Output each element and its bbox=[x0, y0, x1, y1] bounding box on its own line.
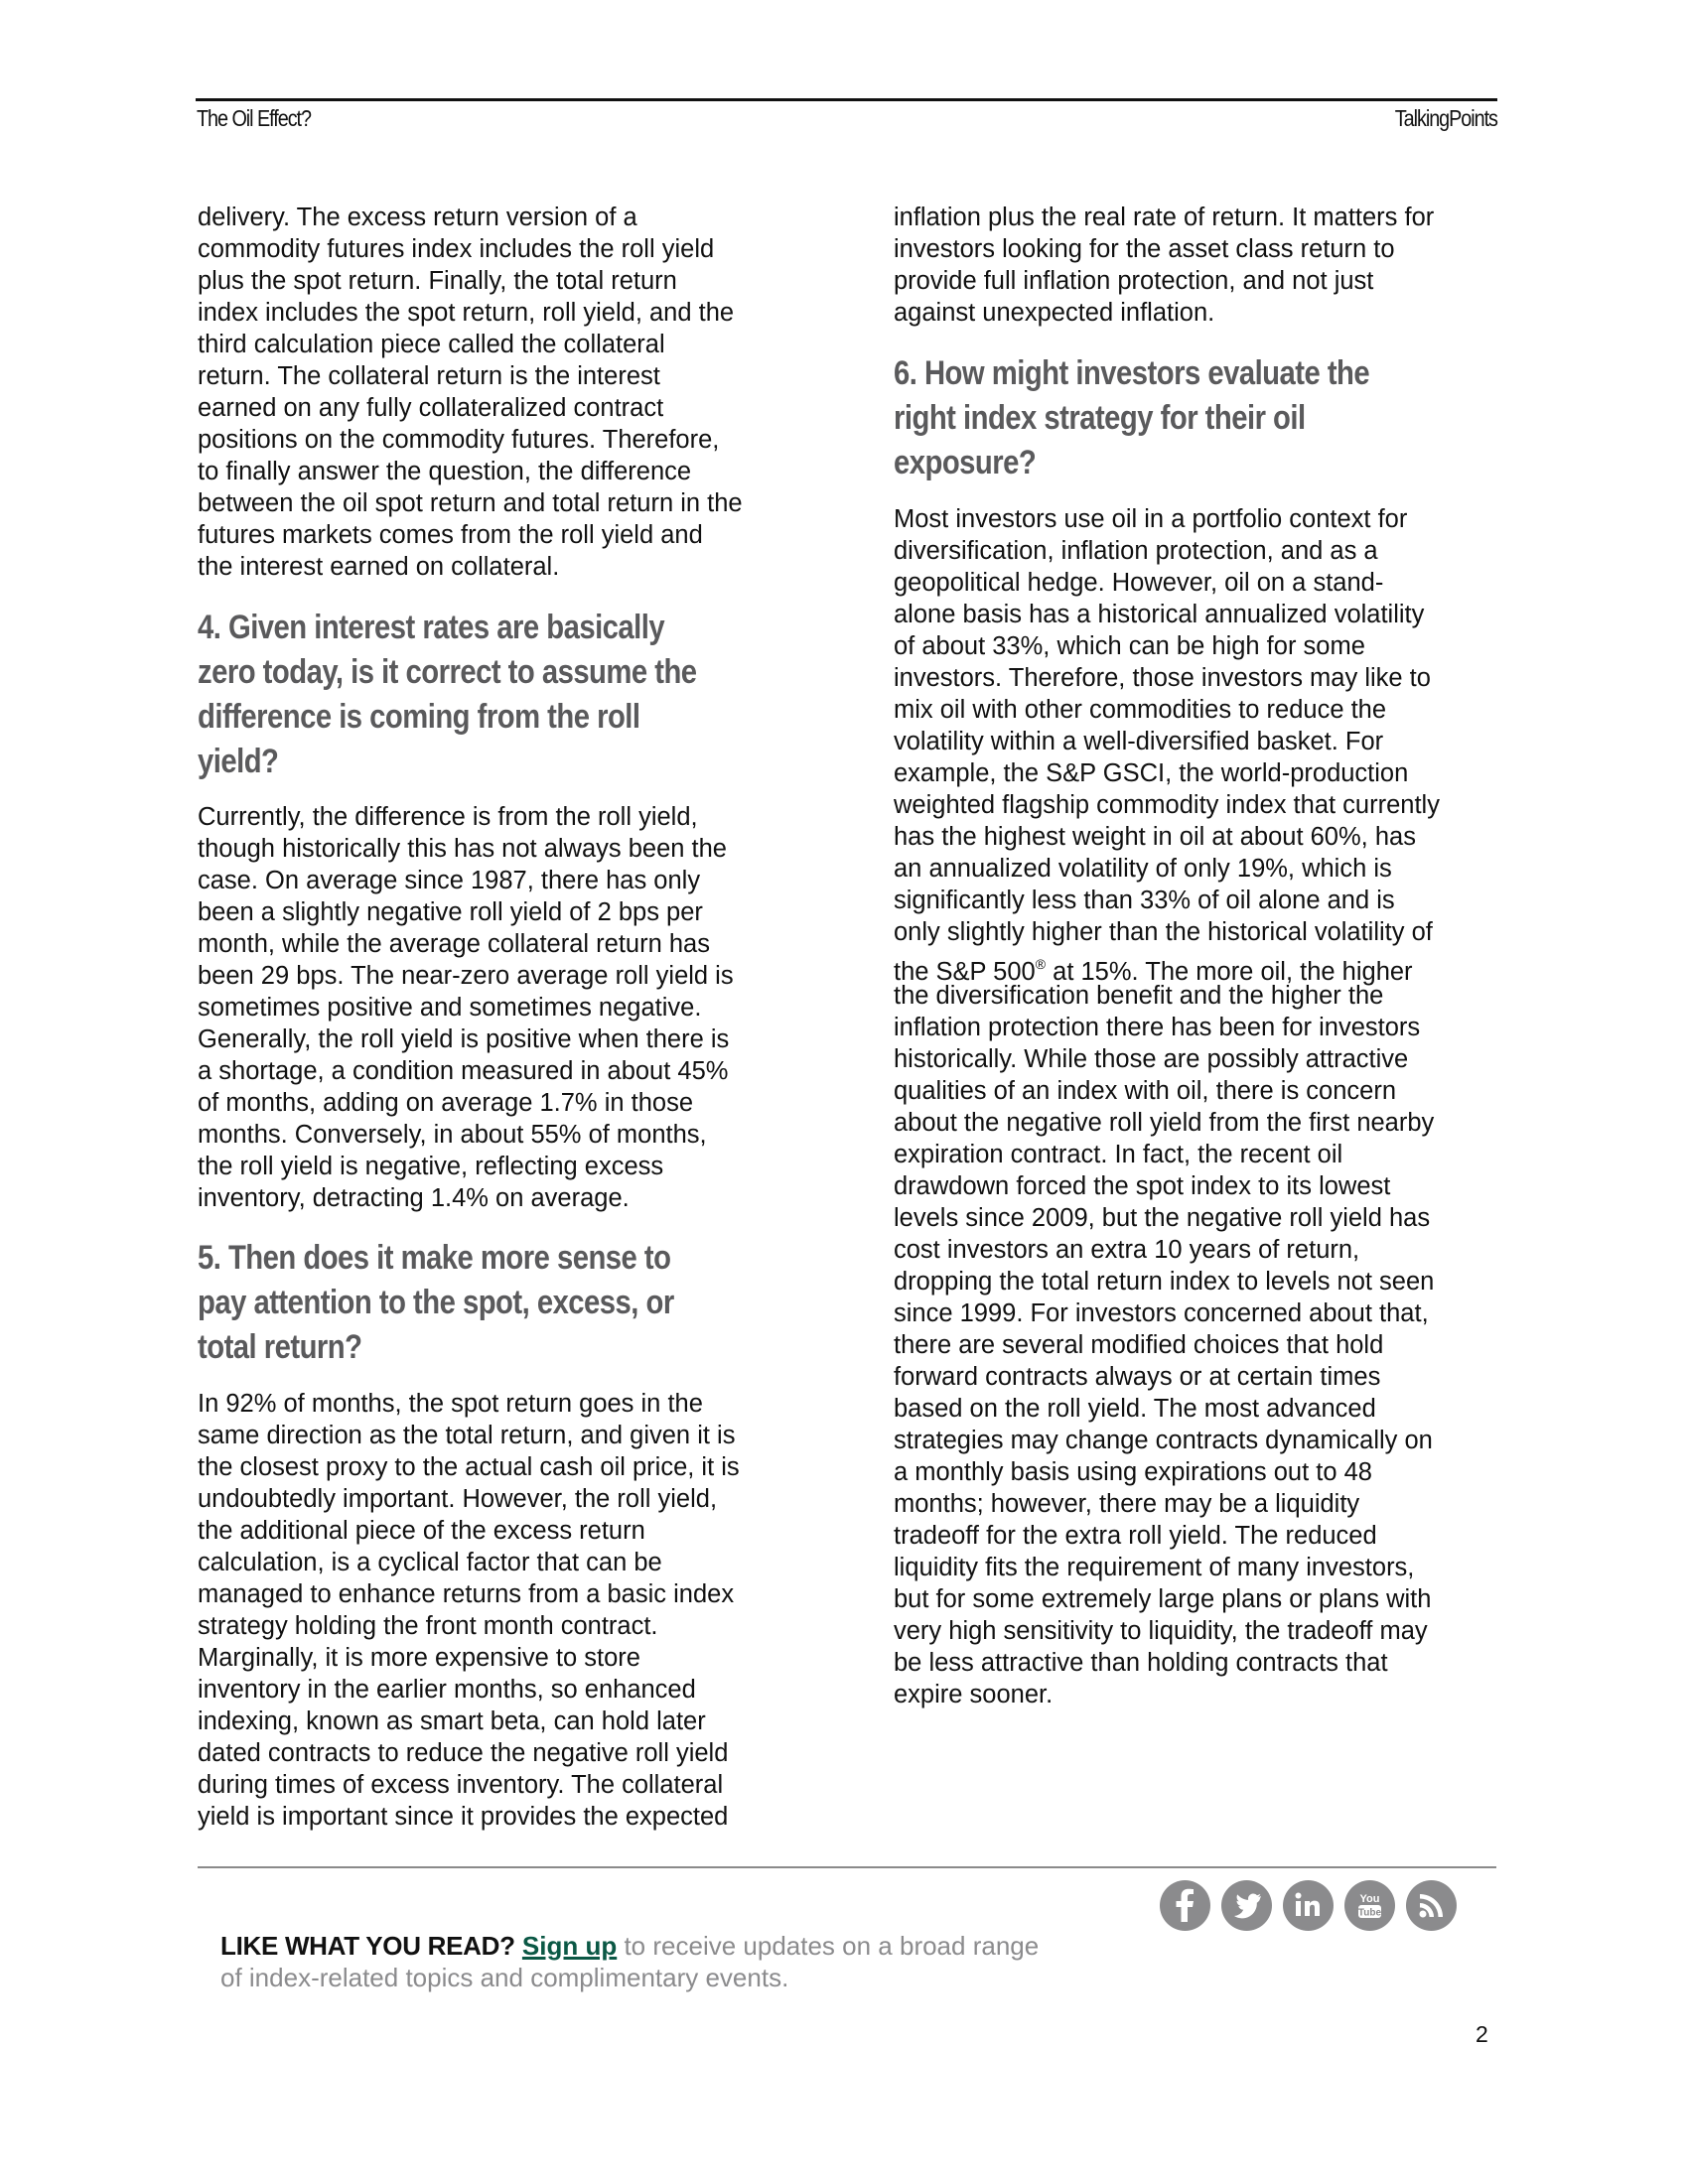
callout-text: to receive updates on a broad range bbox=[617, 1931, 1039, 1961]
heading-line: difference is coming from the roll bbox=[198, 695, 719, 740]
heading-line: exposure? bbox=[894, 441, 1415, 485]
text-line: third calculation piece called the colla… bbox=[198, 329, 803, 360]
text-line: the interest earned on collateral. bbox=[198, 551, 803, 583]
text-line: though historically this has not always … bbox=[198, 833, 803, 865]
callout-line-1: LIKE WHAT YOU READ? Sign up to receive u… bbox=[220, 1930, 1039, 1962]
heading-line: zero today, is it correct to assume the bbox=[198, 650, 719, 695]
linkedin-icon[interactable] bbox=[1283, 1880, 1334, 1931]
document-title: The Oil Effect? bbox=[197, 105, 311, 132]
text-line: Most investors use oil in a portfolio co… bbox=[894, 503, 1499, 535]
text-line: been a slightly negative roll yield of 2… bbox=[198, 896, 803, 928]
text-line: investors looking for the asset class re… bbox=[894, 233, 1499, 265]
text-line: plus the spot return. Finally, the total… bbox=[198, 265, 803, 297]
text-line: cost investors an extra 10 years of retu… bbox=[894, 1234, 1499, 1266]
facebook-icon[interactable] bbox=[1160, 1880, 1210, 1931]
text-line: drawdown forced the spot index to its lo… bbox=[894, 1170, 1499, 1202]
text-line: strategy holding the front month contrac… bbox=[198, 1610, 803, 1642]
text-line: the roll yield is negative, reflecting e… bbox=[198, 1151, 803, 1182]
text-line: Marginally, it is more expensive to stor… bbox=[198, 1642, 803, 1674]
heading-line: pay attention to the spot, excess, or bbox=[198, 1281, 719, 1325]
text-line: undoubtedly important. However, the roll… bbox=[198, 1483, 803, 1515]
twitter-icon[interactable] bbox=[1221, 1880, 1272, 1931]
text-line-with-trademark: the S&P 500® at 15%. The more oil, the h… bbox=[894, 948, 1499, 980]
text-line: investors. Therefore, those investors ma… bbox=[894, 662, 1499, 694]
heading-line: 5. Then does it make more sense to bbox=[198, 1236, 719, 1281]
text-line: weighted flagship commodity index that c… bbox=[894, 789, 1499, 821]
text-line: In 92% of months, the spot return goes i… bbox=[198, 1388, 803, 1420]
text-line: of about 33%, which can be high for some bbox=[894, 630, 1499, 662]
text-line: against unexpected inflation. bbox=[894, 297, 1499, 329]
text-line: qualities of an index with oil, there is… bbox=[894, 1075, 1499, 1107]
newsletter-callout: LIKE WHAT YOU READ? Sign up to receive u… bbox=[220, 1930, 1039, 1993]
text-line: to finally answer the question, the diff… bbox=[198, 456, 803, 487]
text-line: mix oil with other commodities to reduce… bbox=[894, 694, 1499, 726]
text-line: delivery. The excess return version of a bbox=[198, 202, 803, 233]
question-4-heading: 4. Given interest rates are basically ze… bbox=[198, 606, 803, 784]
text-line: managed to enhance returns from a basic … bbox=[198, 1578, 803, 1610]
heading-line: 6. How might investors evaluate the bbox=[894, 351, 1415, 396]
svg-text:Tube: Tube bbox=[1358, 1908, 1382, 1919]
text-line: there are several modified choices that … bbox=[894, 1329, 1499, 1361]
text-line: example, the S&P GSCI, the world-product… bbox=[894, 757, 1499, 789]
right-column: inflation plus the real rate of return. … bbox=[894, 202, 1499, 1710]
text-line: levels since 2009, but the negative roll… bbox=[894, 1202, 1499, 1234]
heading-line: right index strategy for their oil bbox=[894, 396, 1415, 441]
text-line: expiration contract. In fact, the recent… bbox=[894, 1139, 1499, 1170]
question-6-answer: Most investors use oil in a portfolio co… bbox=[894, 503, 1499, 1710]
question-6-heading: 6. How might investors evaluate the righ… bbox=[894, 351, 1499, 485]
left-column: delivery. The excess return version of a… bbox=[198, 202, 803, 1833]
text-line: futures markets comes from the roll yiel… bbox=[198, 519, 803, 551]
header-rule bbox=[196, 98, 1497, 101]
text-line: an annualized volatility of only 19%, wh… bbox=[894, 853, 1499, 885]
text-line: be less attractive than holding contract… bbox=[894, 1647, 1499, 1679]
text-line: significantly less than 33% of oil alone… bbox=[894, 885, 1499, 916]
text-line: positions on the commodity futures. Ther… bbox=[198, 424, 803, 456]
text-line: expire sooner. bbox=[894, 1679, 1499, 1710]
text-line: inventory in the earlier months, so enha… bbox=[198, 1674, 803, 1706]
heading-line: total return? bbox=[198, 1325, 719, 1370]
text-line: geopolitical hedge. However, oil on a st… bbox=[894, 567, 1499, 599]
text-line: but for some extremely large plans or pl… bbox=[894, 1583, 1499, 1615]
question-4-answer: Currently, the difference is from the ro… bbox=[198, 801, 803, 1214]
text-line: of months, adding on average 1.7% in tho… bbox=[198, 1087, 803, 1119]
rss-icon[interactable] bbox=[1406, 1880, 1457, 1931]
text-line: case. On average since 1987, there has o… bbox=[198, 865, 803, 896]
text-line: dated contracts to reduce the negative r… bbox=[198, 1737, 803, 1769]
text-line: month, while the average collateral retu… bbox=[198, 928, 803, 960]
text-line: commodity futures index includes the rol… bbox=[198, 233, 803, 265]
page-number: 2 bbox=[1476, 2021, 1488, 2048]
text-line: Currently, the difference is from the ro… bbox=[198, 801, 803, 833]
intro-paragraph-right: inflation plus the real rate of return. … bbox=[894, 202, 1499, 329]
text-line: historically. While those are possibly a… bbox=[894, 1043, 1499, 1075]
text-line: a monthly basis using expirations out to… bbox=[894, 1456, 1499, 1488]
question-5-answer: In 92% of months, the spot return goes i… bbox=[198, 1388, 803, 1833]
footer-rule bbox=[198, 1866, 1496, 1868]
text-line: inventory, detracting 1.4% on average. bbox=[198, 1182, 803, 1214]
svg-text:You: You bbox=[1360, 1893, 1380, 1905]
text-line: dropping the total return index to level… bbox=[894, 1266, 1499, 1297]
text-line: calculation, is a cyclical factor that c… bbox=[198, 1547, 803, 1578]
youtube-icon[interactable]: YouTube bbox=[1344, 1880, 1395, 1931]
text-line: inflation plus the real rate of return. … bbox=[894, 202, 1499, 233]
publication-series: TalkingPoints bbox=[1395, 105, 1497, 132]
text-line: very high sensitivity to liquidity, the … bbox=[894, 1615, 1499, 1647]
sign-up-link[interactable]: Sign up bbox=[522, 1931, 617, 1961]
text-line: only slightly higher than the historical… bbox=[894, 916, 1499, 948]
text-line: months; however, there may be a liquidit… bbox=[894, 1488, 1499, 1520]
heading-line: 4. Given interest rates are basically bbox=[198, 606, 719, 650]
text-line: has the highest weight in oil at about 6… bbox=[894, 821, 1499, 853]
question-5-heading: 5. Then does it make more sense to pay a… bbox=[198, 1236, 803, 1370]
text-line: tradeoff for the extra roll yield. The r… bbox=[894, 1520, 1499, 1552]
text-line: provide full inflation protection, and n… bbox=[894, 265, 1499, 297]
text-line: since 1999. For investors concerned abou… bbox=[894, 1297, 1499, 1329]
text-line: alone basis has a historical annualized … bbox=[894, 599, 1499, 630]
text-line: earned on any fully collateralized contr… bbox=[198, 392, 803, 424]
social-links: YouTube bbox=[1160, 1880, 1457, 1931]
text-line: diversification, inflation protection, a… bbox=[894, 535, 1499, 567]
text-line: same direction as the total return, and … bbox=[198, 1420, 803, 1451]
text-line: volatility within a well-diversified bas… bbox=[894, 726, 1499, 757]
text-line: the closest proxy to the actual cash oil… bbox=[198, 1451, 803, 1483]
text-line: yield is important since it provides the… bbox=[198, 1801, 803, 1833]
text-line: a shortage, a condition measured in abou… bbox=[198, 1055, 803, 1087]
text-line: Generally, the roll yield is positive wh… bbox=[198, 1024, 803, 1055]
text-line: been 29 bps. The near-zero average roll … bbox=[198, 960, 803, 992]
text-line: between the oil spot return and total re… bbox=[198, 487, 803, 519]
text-line: forward contracts always or at certain t… bbox=[894, 1361, 1499, 1393]
text-line: liquidity fits the requirement of many i… bbox=[894, 1552, 1499, 1583]
registered-trademark-mark: ® bbox=[1036, 956, 1046, 972]
text-line: based on the roll yield. The most advanc… bbox=[894, 1393, 1499, 1425]
text-line: the additional piece of the excess retur… bbox=[198, 1515, 803, 1547]
callout-line-2: of index-related topics and complimentar… bbox=[220, 1962, 1039, 1993]
intro-paragraph-left: delivery. The excess return version of a… bbox=[198, 202, 803, 583]
text-line: indexing, known as smart beta, can hold … bbox=[198, 1706, 803, 1737]
text-line: index includes the spot return, roll yie… bbox=[198, 297, 803, 329]
text-line: inflation protection there has been for … bbox=[894, 1012, 1499, 1043]
text-line: sometimes positive and sometimes negativ… bbox=[198, 992, 803, 1024]
text-line: return. The collateral return is the int… bbox=[198, 360, 803, 392]
callout-heading: LIKE WHAT YOU READ? bbox=[220, 1931, 515, 1961]
text-line: during times of excess inventory. The co… bbox=[198, 1769, 803, 1801]
text-line: about the negative roll yield from the f… bbox=[894, 1107, 1499, 1139]
text-line: months. Conversely, in about 55% of mont… bbox=[198, 1119, 803, 1151]
text-line: strategies may change contracts dynamica… bbox=[894, 1425, 1499, 1456]
heading-line: yield? bbox=[198, 740, 719, 784]
